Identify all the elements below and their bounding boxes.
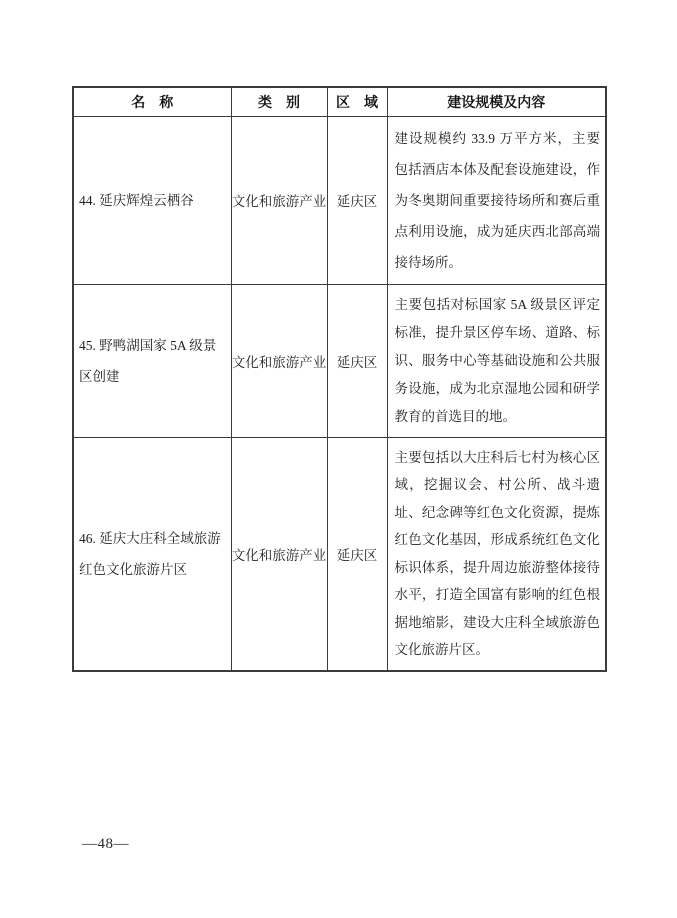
project-category: 文化和旅游产业 xyxy=(231,284,327,437)
document-page: 名 称 类 别 区 域 建设规模及内容 44. 延庆辉煌云栖谷 文化和旅游产业 … xyxy=(0,0,677,918)
header-category: 类 别 xyxy=(231,87,327,116)
table-row: 45. 野鸭湖国家 5A 级景区创建 文化和旅游产业 延庆区 主要包括对标国家 … xyxy=(73,284,606,437)
project-content-text: 建设规模约 33.9 万平方米，主要包括酒店本体及配套设施建设，作为冬奥期间重要… xyxy=(395,123,601,278)
table-row: 44. 延庆辉煌云栖谷 文化和旅游产业 延庆区 建设规模约 33.9 万平方米，… xyxy=(73,116,606,284)
project-content: 主要包括以大庄科后七村为核心区域，挖掘议会、村公所、战斗遗址、纪念碑等红色文化资… xyxy=(387,437,606,671)
table-row: 46. 延庆大庄科全域旅游红色文化旅游片区 文化和旅游产业 延庆区 主要包括以大… xyxy=(73,437,606,671)
project-content: 主要包括对标国家 5A 级景区评定标准，提升景区停车场、道路、标识、服务中心等基… xyxy=(387,284,606,437)
project-region: 延庆区 xyxy=(327,437,387,671)
project-category: 文化和旅游产业 xyxy=(231,437,327,671)
table-header-row: 名 称 类 别 区 域 建设规模及内容 xyxy=(73,87,606,116)
project-name: 46. 延庆大庄科全域旅游红色文化旅游片区 xyxy=(73,437,231,671)
project-category: 文化和旅游产业 xyxy=(231,116,327,284)
project-content-text: 主要包括以大庄科后七村为核心区域，挖掘议会、村公所、战斗遗址、纪念碑等红色文化资… xyxy=(395,444,601,664)
project-content-text: 主要包括对标国家 5A 级景区评定标准，提升景区停车场、道路、标识、服务中心等基… xyxy=(395,291,601,431)
header-region: 区 域 xyxy=(327,87,387,116)
page-number: —48— xyxy=(82,836,129,853)
project-name: 44. 延庆辉煌云栖谷 xyxy=(73,116,231,284)
project-name: 45. 野鸭湖国家 5A 级景区创建 xyxy=(73,284,231,437)
header-name: 名 称 xyxy=(73,87,231,116)
project-region: 延庆区 xyxy=(327,116,387,284)
project-region: 延庆区 xyxy=(327,284,387,437)
header-content: 建设规模及内容 xyxy=(387,87,606,116)
projects-table: 名 称 类 别 区 域 建设规模及内容 44. 延庆辉煌云栖谷 文化和旅游产业 … xyxy=(72,86,607,672)
project-content: 建设规模约 33.9 万平方米，主要包括酒店本体及配套设施建设，作为冬奥期间重要… xyxy=(387,116,606,284)
